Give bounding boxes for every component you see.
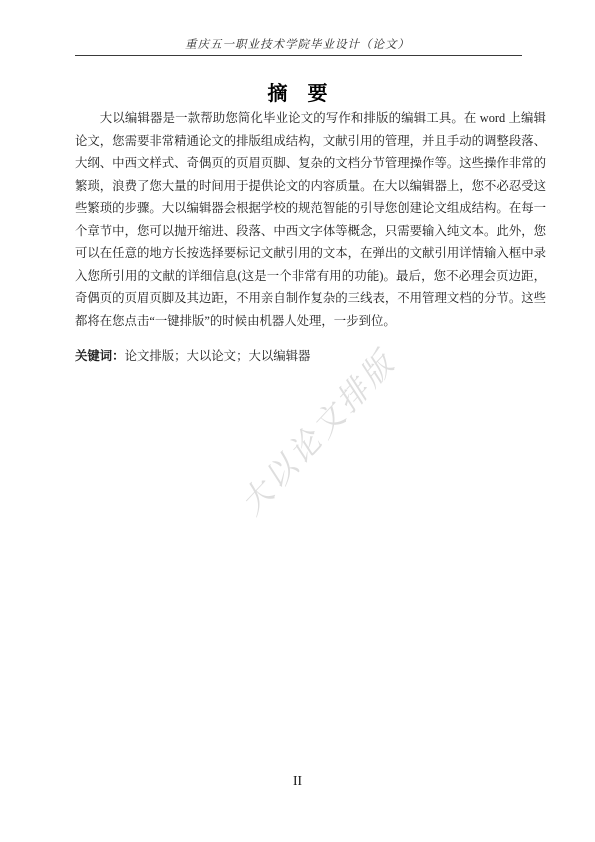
page-number: II xyxy=(0,773,595,789)
abstract-paragraph: 大以编辑器是一款帮助您简化毕业论文的写作和排版的编辑工具。在 word 上编辑论… xyxy=(75,107,546,332)
running-header: 重庆五一职业技术学院毕业设计（论文） xyxy=(0,36,595,52)
keywords-line: 关键词：论文排版；大以论文；大以编辑器 xyxy=(75,345,546,368)
keywords-label: 关键词： xyxy=(75,349,125,363)
abstract-title: 摘 要 xyxy=(0,77,595,106)
header-rule xyxy=(75,55,522,56)
keywords-value: 论文排版；大以论文；大以编辑器 xyxy=(125,349,311,363)
document-page: 重庆五一职业技术学院毕业设计（论文） 摘 要 大以编辑器是一款帮助您简化毕业论文… xyxy=(0,0,595,842)
